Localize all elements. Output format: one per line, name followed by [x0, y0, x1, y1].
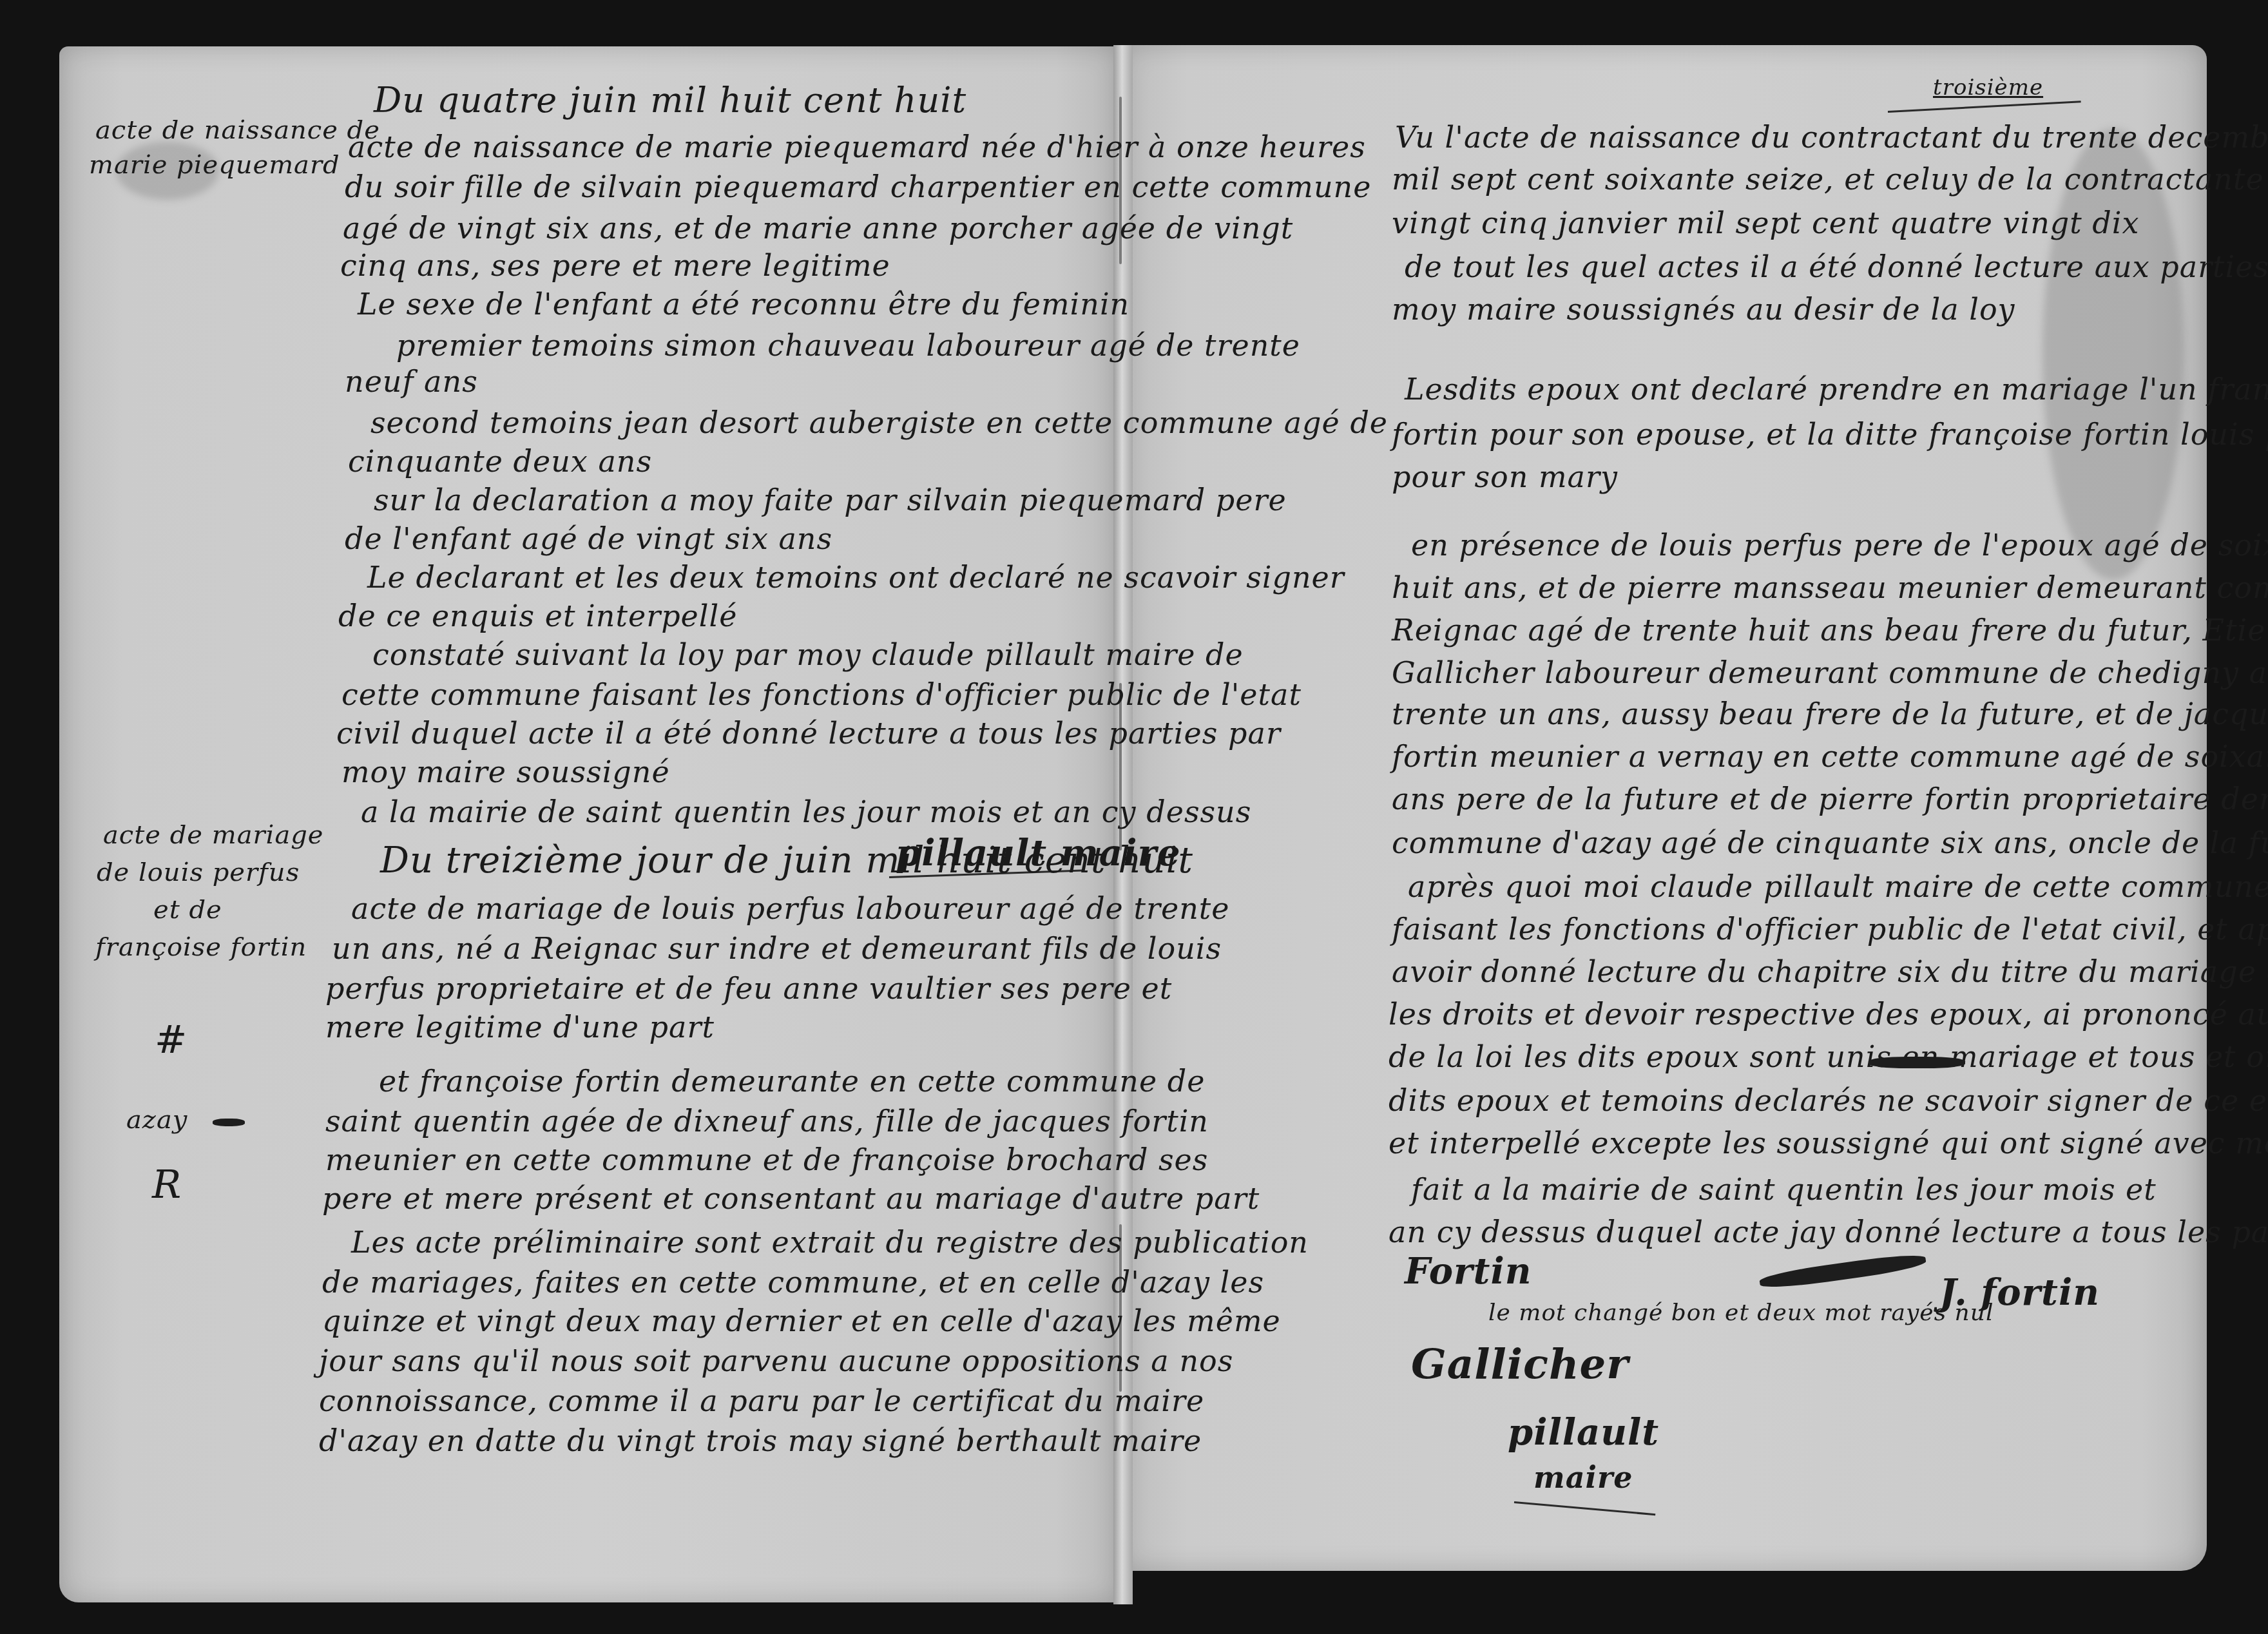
right-line-11: Reignac agé de trente huit ans beau frer… — [1392, 612, 2268, 648]
right-line-3: vingt cinq janvier mil sept cent quatre … — [1392, 205, 2139, 241]
act2-line-10: Les acte préliminaire sont extrait du re… — [351, 1224, 1309, 1260]
margin-note-marriage-title: acte de mariage — [103, 820, 324, 851]
act1-line-18: moy maire soussigné — [341, 754, 670, 790]
signature-pillault: pillault — [1508, 1414, 1659, 1450]
act1-line-15: constaté suivant la loy par moy claude p… — [372, 637, 1244, 673]
right-line-22: dits epoux et temoins declarés ne scavoi… — [1389, 1082, 2268, 1119]
margin-note-marriage-groom: de louis perfus — [97, 857, 300, 888]
act1-line-19: a la mairie de saint quentin les jour mo… — [361, 794, 1251, 830]
act1-line-5: cinq ans, ses pere et mere legitime — [340, 247, 890, 284]
right-line-25: an cy dessus duquel acte jay donné lectu… — [1389, 1214, 2268, 1250]
act2-line-2: acte de mariage de louis perfus laboureu… — [351, 890, 1229, 927]
act2-line-3: un ans, né a Reignac sur indre et demeur… — [332, 930, 1222, 966]
signature-j-fortin: J. fortin — [1939, 1274, 2100, 1311]
right-line-19: avoir donné lecture du chapitre six du t… — [1392, 954, 2268, 990]
act1-line-2: acte de naissance de marie piequemard né… — [348, 129, 1366, 165]
act2-line-9: pere et mere présent et consentant au ma… — [322, 1180, 1260, 1216]
act1-line-1: Du quatre juin mil huit cent huit — [374, 82, 966, 119]
act2-line-13: jour sans qu'il nous soit parvenu aucune… — [319, 1343, 1233, 1379]
right-line-17: après quoi moi claude pillault maire de … — [1408, 869, 2268, 905]
right-line-24: fait a la mairie de saint quentin les jo… — [1411, 1171, 2157, 1207]
signature-maire-title: maire — [1533, 1459, 1633, 1495]
act2-line-12: quinze et vingt deux may dernier et en c… — [322, 1303, 1281, 1339]
right-line-15: ans pere de la future et de pierre forti… — [1392, 781, 2268, 817]
right-line-9: en présence de louis perfus pere de l'ep… — [1411, 527, 2268, 563]
margin-note-hash-mark: # — [155, 1024, 187, 1055]
act2-line-8: meunier en cette commune et de françoise… — [325, 1142, 1208, 1178]
act1-line-12: de l'enfant agé de vingt six ans — [345, 521, 832, 557]
act2-line-11: de mariages, faites en cette commune, et… — [322, 1264, 1264, 1300]
right-line-16: commune d'azay agé de cinquante six ans,… — [1392, 825, 2268, 861]
right-line-6: Lesdits epoux ont declaré prendre en mar… — [1405, 371, 2268, 407]
correction-note: le mot changé bon et deux mot rayés nul — [1488, 1295, 1994, 1331]
right-line-7: fortin pour son epouse, et la ditte fran… — [1392, 416, 2268, 452]
act1-line-8: neuf ans — [345, 363, 478, 399]
act1-line-17: civil duquel acte il a été donné lecture… — [336, 715, 1281, 751]
right-line-14: fortin meunier a vernay en cette commune… — [1392, 738, 2268, 774]
right-line-10: huit ans, et de pierre mansseau meunier … — [1392, 570, 2268, 606]
right-line-1: Vu l'acte de naissance du contractant du… — [1395, 119, 2268, 155]
act1-line-7: premier temoins simon chauveau laboureur… — [396, 327, 1300, 363]
right-line-21: de la loi les dits epoux sont unis en ma… — [1389, 1039, 2268, 1075]
act2-line-6: et françoise fortin demeurante en cette … — [379, 1063, 1205, 1099]
act1-line-14: de ce enquis et interpellé — [338, 598, 737, 634]
ink-dash — [213, 1119, 245, 1126]
margin-note-birth-title: acte de naissance de — [95, 115, 380, 146]
signature-fortin: Fortin — [1405, 1253, 1532, 1289]
right-line-23: et interpellé excepte les soussigné qui … — [1389, 1125, 2268, 1161]
margin-note-marriage-bride: françoise fortin — [95, 932, 307, 963]
act1-line-13: Le declarant et les deux temoins ont dec… — [367, 559, 1345, 595]
act1-line-16: cette commune faisant les fonctions d'of… — [341, 677, 1302, 713]
margin-note-marriage-and: et de — [153, 894, 222, 925]
right-line-12: Gallicher laboureur demeurant commune de… — [1392, 655, 2268, 691]
act1-line-9: second temoins jean desort aubergiste en… — [370, 405, 1388, 441]
struck-out-word — [1869, 1057, 1965, 1068]
act2-line-5: mere legitime d'une part — [325, 1009, 715, 1045]
right-line-4: de tout les quel actes il a été donné le… — [1405, 249, 2268, 285]
margin-note-azay: azay — [126, 1104, 187, 1135]
act2-line-14: connoissance, comme il a paru par le cer… — [319, 1383, 1204, 1419]
act1-line-3: du soir fille de silvain piequemard char… — [345, 169, 1371, 205]
right-line-13: trente un ans, aussy beau frere de la fu… — [1392, 696, 2268, 732]
right-line-5: moy maire soussignés au desir de la loy — [1392, 291, 2015, 327]
page-header-note: troisième — [1933, 70, 2043, 106]
act1-line-6: Le sexe de l'enfant a été reconnu être d… — [358, 286, 1129, 322]
act2-line-1: Du treizième jour de juin mil huit cent … — [380, 843, 1193, 879]
right-line-18: faisant les fonctions d'officier public … — [1392, 911, 2268, 947]
struck-words: et les deux — [522, 559, 692, 595]
right-line-2: mil sept cent soixante seize, et celuy d… — [1392, 161, 2268, 197]
act2-line-4: perfus proprietaire et de feu anne vault… — [325, 970, 1172, 1006]
margin-note-birth-name: marie piequemard — [89, 149, 340, 180]
margin-note-r-mark: R — [152, 1169, 182, 1200]
act1-line-4: agé de vingt six ans, et de marie anne p… — [343, 210, 1293, 246]
right-line-8: pour son mary — [1392, 459, 1618, 495]
act2-line-15: d'azay en datte du vingt trois may signé… — [319, 1423, 1202, 1459]
act1-line-10: cinquante deux ans — [348, 443, 652, 479]
signature-gallicher: Gallicher — [1411, 1347, 1629, 1383]
act2-line-7: saint quentin agée de dixneuf ans, fille… — [325, 1103, 1209, 1139]
act1-line-11: sur la declaration a moy faite par silva… — [374, 482, 1287, 518]
right-line-20: les droits et devoir respective des epou… — [1389, 996, 2268, 1032]
